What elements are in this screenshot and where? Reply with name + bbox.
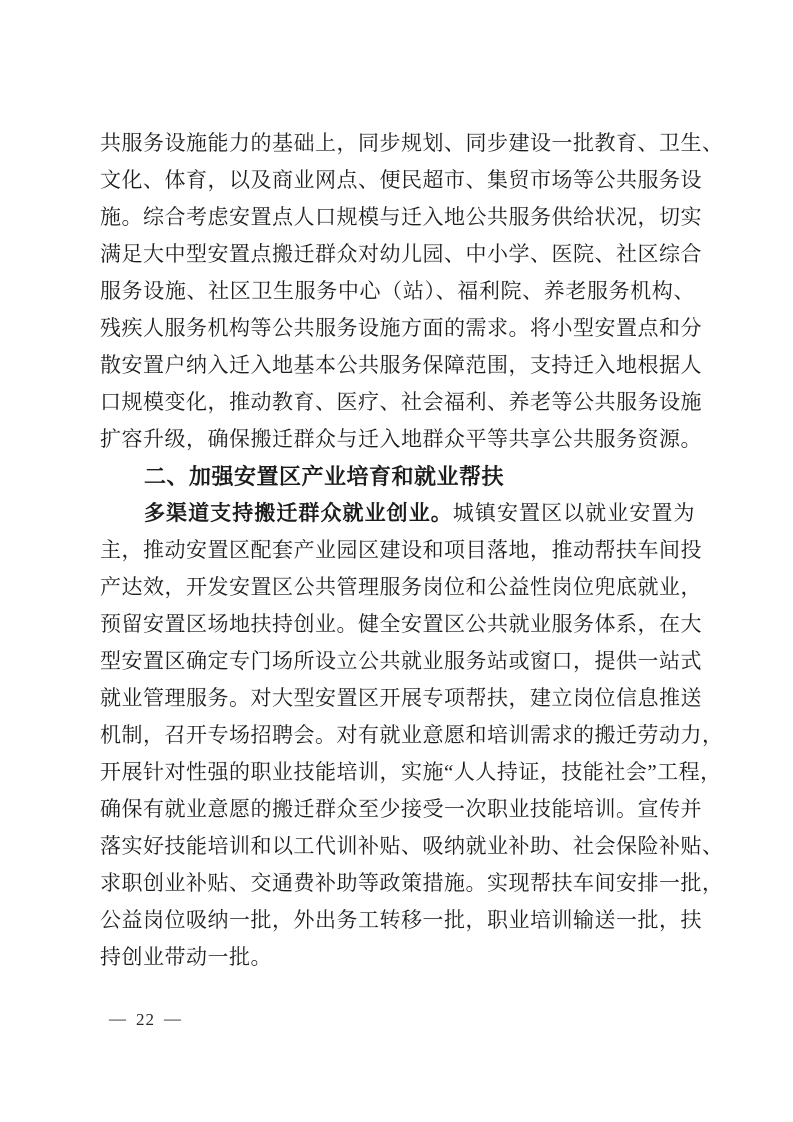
- paragraph2-line: 机制，召开专场招聘会。对有就业意愿和培训需求的搬迁劳动力，: [100, 717, 695, 754]
- paragraph1-line: 残疾人服务机构等公共服务设施方面的需求。将小型安置点和分: [100, 310, 695, 347]
- paragraph1-line: 口规模变化，推动教育、医疗、社会福利、养老等公共服务设施: [100, 384, 695, 421]
- paragraph2-line: 求职创业补贴、交通费补助等政策措施。实现帮扶车间安排一批，: [100, 865, 695, 902]
- paragraph2-line: 预留安置区场地扶持创业。健全安置区公共就业服务体系，在大: [100, 606, 695, 643]
- paragraph2-line: 产达效，开发安置区公共管理服务岗位和公益性岗位兜底就业，: [100, 569, 695, 606]
- paragraph2-first-line-text: 城镇安置区以就业安置为: [453, 501, 695, 525]
- paragraph2-line: 型安置区确定专门场所设立公共就业服务站或窗口，提供一站式: [100, 643, 695, 680]
- page-footer: —22—: [100, 1010, 191, 1030]
- page-number: 22: [136, 1010, 155, 1030]
- paragraph2-line: 确保有就业意愿的搬迁群众至少接受一次职业技能培训。宣传并: [100, 791, 695, 828]
- paragraph1-line: 共服务设施能力的基础上，同步规划、同步建设一批教育、卫生、: [100, 125, 695, 162]
- paragraph2-first-line: 多渠道支持搬迁群众就业创业。城镇安置区以就业安置为: [100, 495, 695, 532]
- paragraph2-line: 就业管理服务。对大型安置区开展专项帮扶，建立岗位信息推送: [100, 680, 695, 717]
- paragraph1-line: 文化、体育，以及商业网点、便民超市、集贸市场等公共服务设: [100, 162, 695, 199]
- paragraph2-lead-bold: 多渠道支持搬迁群众就业创业。: [144, 501, 453, 525]
- paragraph1-line: 扩容升级，确保搬迁群众与迁入地群众平等共享公共服务资源。: [100, 421, 695, 458]
- paragraph1-line: 施。综合考虑安置点人口规模与迁入地公共服务供给状况，切实: [100, 199, 695, 236]
- section-heading: 二、加强安置区产业培育和就业帮扶: [100, 458, 695, 495]
- paragraph1-line: 散安置户纳入迁入地基本公共服务保障范围，支持迁入地根据人: [100, 347, 695, 384]
- paragraph2-line: 主，推动安置区配套产业园区建设和项目落地，推动帮扶车间投: [100, 532, 695, 569]
- paragraph2-line: 公益岗位吸纳一批，外出务工转移一批，职业培训输送一批，扶: [100, 902, 695, 939]
- paragraph2-line: 开展针对性强的职业技能培训，实施“人人持证，技能社会”工程，: [100, 754, 695, 791]
- document-page: 共服务设施能力的基础上，同步规划、同步建设一批教育、卫生、 文化、体育，以及商业…: [0, 0, 793, 1122]
- footer-right-dash: —: [164, 1009, 182, 1029]
- paragraph1-line: 满足大中型安置点搬迁群众对幼儿园、中小学、医院、社区综合: [100, 236, 695, 273]
- paragraph2-line: 落实好技能培训和以工代训补贴、吸纳就业补助、社会保险补贴、: [100, 828, 695, 865]
- footer-left-dash: —: [109, 1009, 127, 1029]
- paragraph2-line: 持创业带动一批。: [100, 939, 695, 976]
- paragraph1-line: 服务设施、社区卫生服务中心（站）、福利院、养老服务机构、: [100, 273, 695, 310]
- text-block: 共服务设施能力的基础上，同步规划、同步建设一批教育、卫生、 文化、体育，以及商业…: [100, 125, 695, 976]
